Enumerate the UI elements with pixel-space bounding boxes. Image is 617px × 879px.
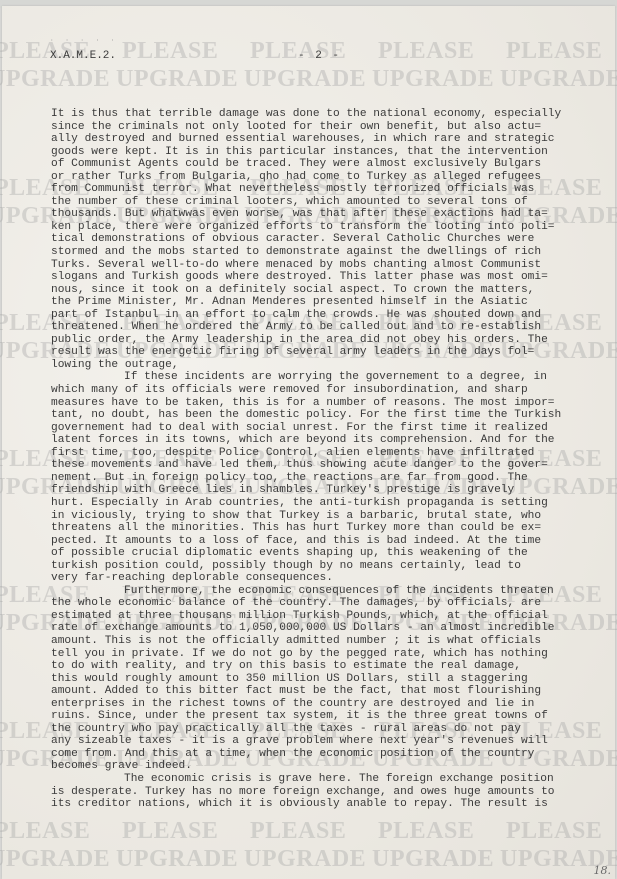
text-line: estimated at three thousans million Turk…: [51, 610, 611, 623]
text-line: ally destroyed and burned essential ware…: [51, 133, 611, 146]
text-line: lowing the outrage,: [51, 359, 611, 372]
text-line: this would roughly amount to 350 million…: [51, 673, 611, 686]
text-line: becomes grave indeed.: [51, 760, 611, 773]
text-line: nement. But in foreign policy too, the r…: [51, 472, 611, 485]
text-line: hurt. Especially in Arab countries, the …: [51, 497, 611, 510]
text-line: goods were kept. It is in this particula…: [51, 146, 611, 159]
text-line: is desperate. Turkey has no more foreign…: [51, 786, 611, 799]
text-line: slogans and Turkish goods where destroye…: [51, 271, 611, 284]
text-line: threatens all the minorities. This has h…: [51, 522, 611, 535]
text-line: governement had to deal with social unre…: [51, 422, 611, 435]
text-line: ruins. Since, under the present tax syst…: [51, 710, 611, 723]
paragraph: Furthermore, the economic consequences o…: [51, 585, 611, 773]
paragraph: If these incidents are worrying the gove…: [51, 371, 611, 584]
page-header: X.A.M.E.2. - 2 -: [50, 50, 570, 66]
text-line: nous, since it took on a definitely soci…: [51, 284, 611, 297]
paragraph: It is thus that terrible damage was done…: [51, 108, 611, 371]
text-line: of possible crucial diplomatic events sh…: [51, 547, 611, 560]
text-line: latent forces in its towns, which are be…: [51, 434, 611, 447]
text-line: It is thus that terrible damage was done…: [51, 108, 611, 121]
text-line: part of Istanbul in an effort to calm th…: [51, 309, 611, 322]
text-line: or rather Turks from Bulgaria, qho had c…: [51, 171, 611, 184]
document-body: It is thus that terrible damage was done…: [51, 108, 611, 811]
document-reference: X.A.M.E.2.: [50, 50, 116, 62]
text-line: tical demonstrations of obvious caracter…: [51, 233, 611, 246]
text-line: come from. And this at a time, when the …: [51, 748, 611, 761]
folio-number: 18.: [594, 864, 612, 877]
text-line: its creditor nations, which it is obviou…: [51, 798, 611, 811]
page-number: - 2 -: [298, 50, 341, 62]
punch-marks: · · · · ·: [50, 37, 118, 44]
paragraph: The economic crisis is grave here. The f…: [51, 773, 611, 811]
text-line: Furthermore, the economic consequences o…: [51, 585, 611, 598]
text-line: The economic crisis is grave here. The f…: [51, 773, 611, 786]
text-line: ken place, there were organized efforts …: [51, 221, 611, 234]
text-line: rate of exchange amounts to 1,050,000,00…: [51, 622, 611, 635]
text-line: the number of these criminal looters, wh…: [51, 196, 611, 209]
text-line: which many of its officials were removed…: [51, 384, 611, 397]
text-line: turkish position could, possibly though …: [51, 560, 611, 573]
text-line: tell you in private. If we do not go by …: [51, 648, 611, 661]
text-line: result was the energetic firing of sever…: [51, 346, 611, 359]
text-line: stormed and the mobs started to demonstr…: [51, 246, 611, 259]
text-line: amount. This is not the officially admit…: [51, 635, 611, 648]
text-line: Turks. Several well-to-do where menaced …: [51, 259, 611, 272]
text-line: friendship with Greece lies in shambles.…: [51, 484, 611, 497]
text-line: If these incidents are worrying the gove…: [51, 371, 611, 384]
text-line: threatened. When he ordered the Army to …: [51, 321, 611, 334]
text-line: since the criminals not only looted for …: [51, 121, 611, 134]
text-line: to do with reality, and try on this basi…: [51, 660, 611, 673]
text-line: any sizeable taxes - it is a grave probl…: [51, 735, 611, 748]
text-line: these movements and have led them, thus …: [51, 459, 611, 472]
text-line: in viciously, trying to show that Turkey…: [51, 510, 611, 523]
text-line: tant, no doubt, has been the domestic po…: [51, 409, 611, 422]
text-line: public order, the Army leadership in the…: [51, 334, 611, 347]
text-line: from Communist terror. What nevertheless…: [51, 183, 611, 196]
text-line: the whole economic balance of the countr…: [51, 597, 611, 610]
text-line: the Prime Minister, Mr. Adnan Menderes p…: [51, 296, 611, 309]
text-line: thousands. But whatwwas even worse, was …: [51, 208, 611, 221]
text-line: enterprises in the richest towns of the …: [51, 698, 611, 711]
text-line: amount. Added to this bitter fact must b…: [51, 685, 611, 698]
text-line: first time, too, despite Police Control,…: [51, 447, 611, 460]
text-line: very far-reaching deplorable consequence…: [51, 572, 611, 585]
text-line: of Communist Agents could be traced. The…: [51, 158, 611, 171]
text-line: the country who pay practically all the …: [51, 723, 611, 736]
text-line: measures have to be taken, this is for a…: [51, 397, 611, 410]
text-line: pected. It amounts to a loss of face, an…: [51, 535, 611, 548]
